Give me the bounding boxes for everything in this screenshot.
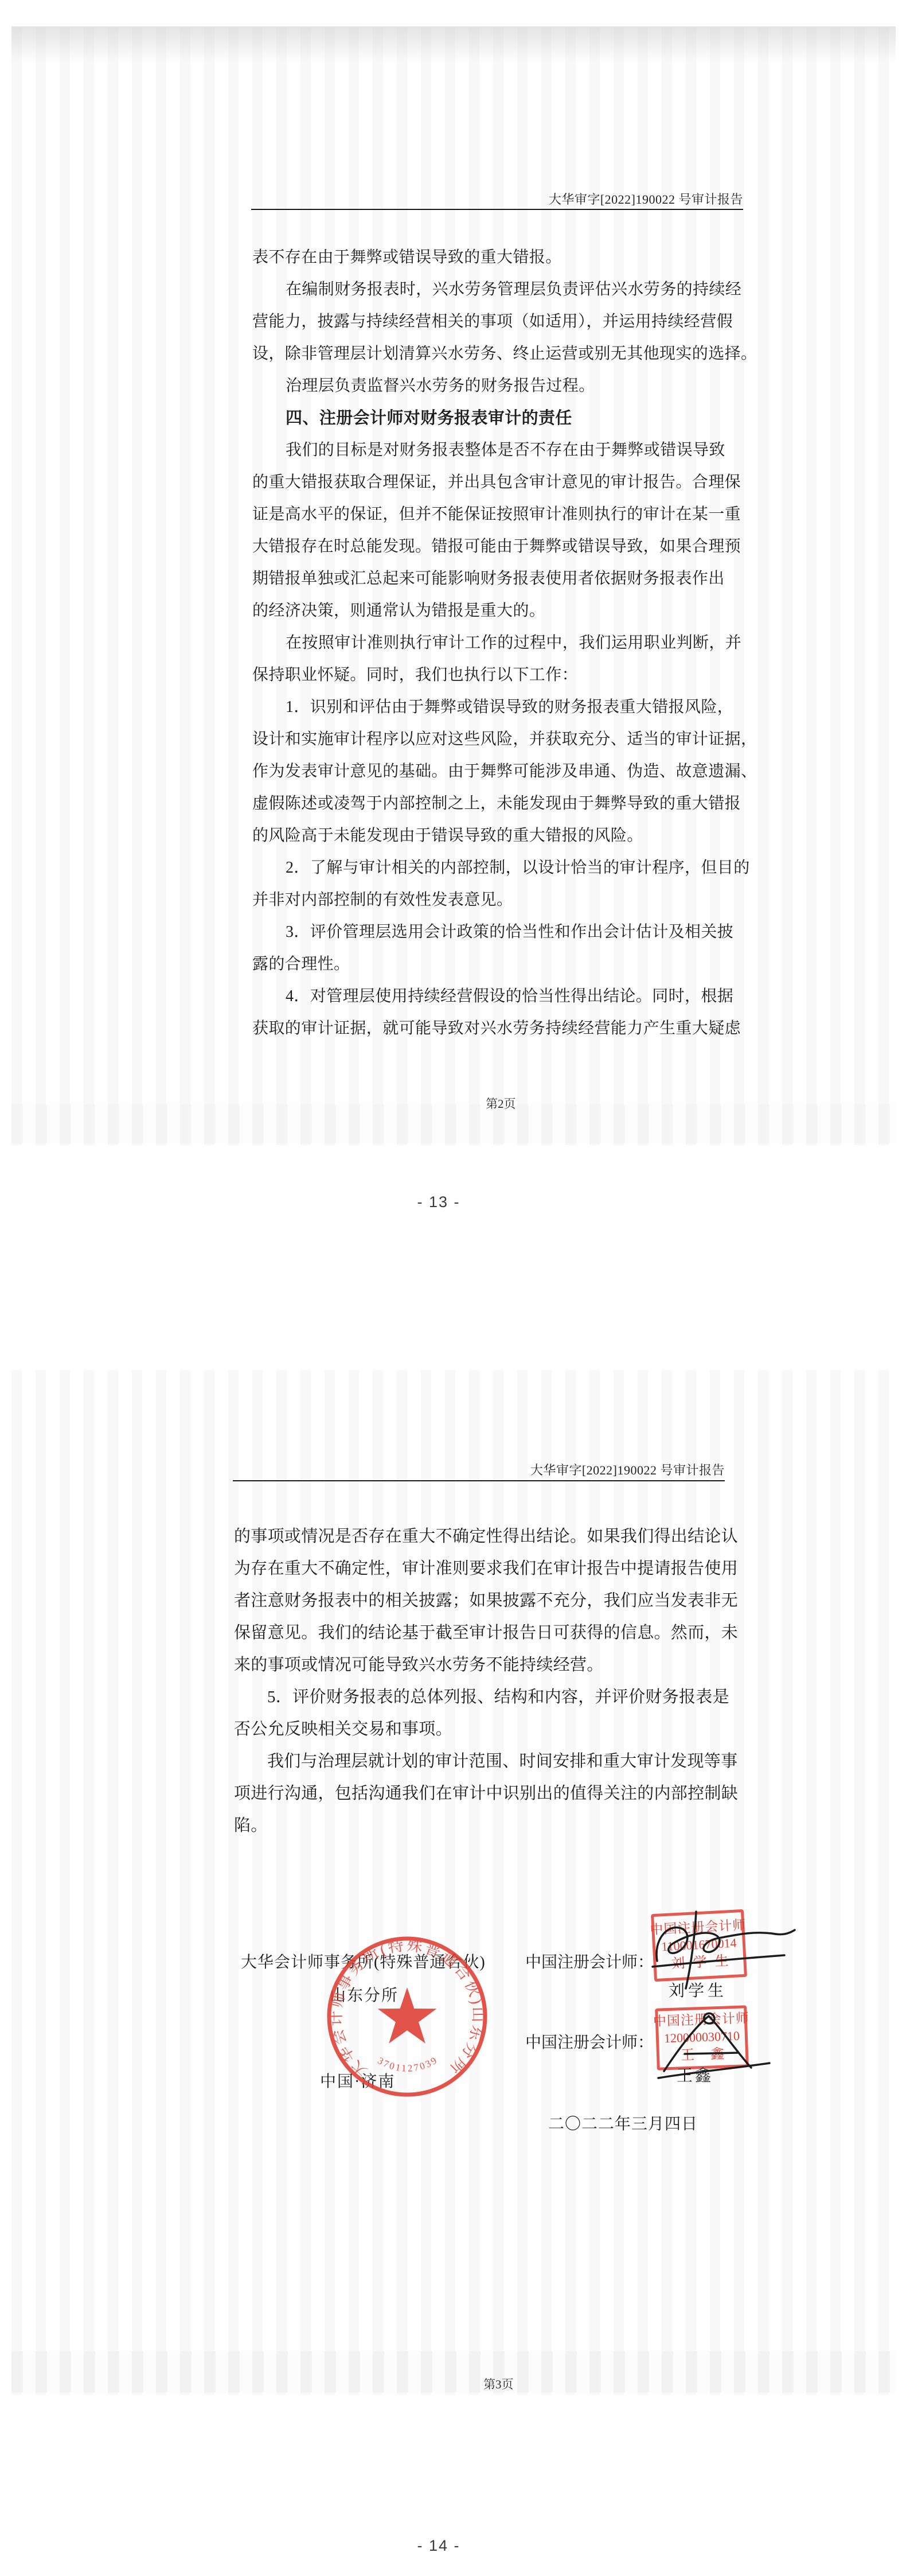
text-line: 期错报单独或汇总起来可能影响财务报表使用者依据财务报表作出 [252, 563, 745, 595]
firm-round-seal: 大华会计师事务所(特殊普通合伙)山东分所 3701127039908 [324, 1933, 490, 2100]
text-line: 5．评价财务报表的总体列报、结构和内容，并评价财务报表是 [234, 1681, 744, 1713]
text-line: 获取的审计证据，就可能导致对兴水劳务持续经营能力产生重大疑虑 [252, 1013, 745, 1045]
page1-body: 表不存在由于舞弊或错误导致的重大错报。 在编制财务报表时，兴水劳务管理层负责评估… [252, 242, 745, 1045]
page2-header-rule [233, 1480, 725, 1481]
scan-artifact-banding [11, 2351, 896, 2392]
text-line: 虚假陈述或凌驾于内部控制之上，未能发现由于舞弊导致的重大错报 [252, 788, 745, 820]
sheet-number-13: - 13 - [399, 1193, 479, 1211]
text-line: 4．对管理层使用持续经营假设的恰当性得出结论。同时，根据 [252, 980, 745, 1013]
text-line: 并非对内部控制的有效性发表意见。 [252, 884, 745, 916]
text-line: 我们的目标是对财务报表整体是否不存在由于舞弊或错误导致 [252, 434, 745, 466]
report-date: 二〇二二年三月四日 [548, 2111, 698, 2134]
seal-star-icon [378, 1987, 437, 2044]
text-line: 的风险高于未能发现由于错误导致的重大错报的风险。 [252, 820, 745, 852]
text-line: 作为发表审计意见的基础。由于舞弊可能涉及串通、伪造、故意遗漏、 [252, 756, 745, 788]
text-line: 大错报存在时总能发现。错报可能由于舞弊或错误导致，如果合理预 [252, 531, 745, 563]
scan-artifact-top [11, 26, 896, 63]
page1-header: 大华审字[2022]190022 号审计报告 [252, 190, 743, 208]
text-line: 在编制财务报表时，兴水劳务管理层负责评估兴水劳务的持续经 [252, 274, 745, 306]
cpa-label-1: 中国注册会计师： [525, 1949, 654, 1972]
text-line: 3．评价管理层选用会计政策的恰当性和作出会计估计及相关披 [252, 916, 745, 948]
text-line: 保持职业怀疑。同时，我们也执行以下工作： [252, 659, 745, 691]
cpa-2-handwritten-signature [647, 2003, 784, 2089]
page2-footer-label: 第3页 [483, 2375, 514, 2392]
text-line: 表不存在由于舞弊或错误导致的重大错报。 [252, 242, 745, 274]
cpa-label-2: 中国注册会计师： [525, 2030, 654, 2053]
section-heading: 四、注册会计师对财务报表审计的责任 [252, 402, 745, 434]
text-line: 保留意见。我们的结论基于截至审计报告日可获得的信息。然而，未 [234, 1617, 744, 1649]
text-line: 1．识别和评估由于舞弊或错误导致的财务报表重大错报风险， [252, 691, 745, 723]
text-line: 露的合理性。 [252, 948, 745, 980]
page1-header-rule [251, 209, 743, 210]
cpa-name-1: 刘学生 [669, 1978, 727, 2001]
scan-artifact-banding [11, 1104, 896, 1143]
text-line: 在按照审计准则执行审计工作的过程中，我们运用职业判断，并 [252, 627, 745, 659]
text-line: 的事项或情况是否存在重大不确定性得出结论。如果我们得出结论认 [234, 1520, 744, 1552]
page2-header: 大华审字[2022]190022 号审计报告 [234, 1461, 725, 1478]
page1-footer-label: 第2页 [486, 1095, 516, 1112]
text-line: 营能力，披露与持续经营相关的事项（如适用），并运用持续经营假 [252, 306, 745, 338]
text-line: 否公允反映相关交易和事项。 [234, 1713, 744, 1745]
text-line: 的重大错报获取合理保证，并出具包含审计意见的审计报告。合理保 [252, 466, 745, 499]
text-line: 设计和实施审计程序以应对这些风险，并获取充分、适当的审计证据， [252, 723, 745, 756]
text-line: 项进行沟通，包括沟通我们在审计中识别出的值得关注的内部控制缺 [234, 1777, 744, 1810]
page2-body: 的事项或情况是否存在重大不确定性得出结论。如果我们得出结论认 为存在重大不确定性… [234, 1520, 744, 1842]
text-line: 2．了解与审计相关的内部控制，以设计恰当的审计程序，但目的 [252, 852, 745, 884]
text-line: 者注意财务报表中的相关披露；如果披露不充分，我们应当发表非无 [234, 1585, 744, 1617]
text-line: 来的事项或情况可能导致兴水劳务不能持续经营。 [234, 1649, 744, 1681]
text-line: 设，除非管理层计划清算兴水劳务、终止运营或别无其他现实的选择。 [252, 338, 745, 370]
text-line: 为存在重大不确定性，审计准则要求我们在审计报告中提请报告使用 [234, 1552, 744, 1585]
sheet-number-14: - 14 - [399, 2537, 479, 2555]
text-line: 治理层负责监督兴水劳务的财务报告过程。 [252, 370, 745, 402]
cpa-name-2: 王鑫 [677, 2063, 713, 2086]
text-line: 陷。 [234, 1810, 744, 1842]
scanned-audit-report: { "document": { "header_text": "大华审字[202… [0, 0, 910, 2576]
text-line: 的经济决策，则通常认为错报是重大的。 [252, 595, 745, 627]
text-line: 证是高水平的保证，但并不能保证按照审计准则执行的审计在某一重 [252, 499, 745, 531]
text-line: 我们与治理层就计划的审计范围、时间安排和重大审计发现等事 [234, 1745, 744, 1777]
